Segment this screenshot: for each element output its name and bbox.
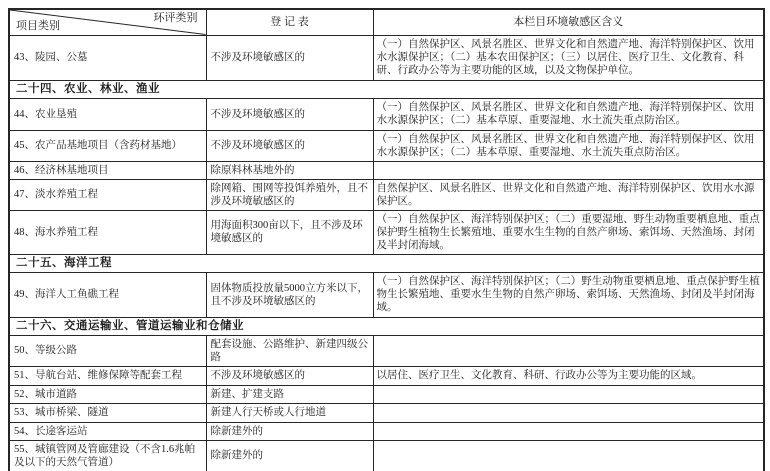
header-sensitive-area-meaning: 本栏目环境敏感区含义 <box>373 9 764 35</box>
cell-item-50: 50、等级公路 <box>9 335 206 366</box>
cell-registration-49: 固体物质投放量5000立方米以下，且不涉及环境敏感区的 <box>206 272 373 317</box>
cell-item-51: 51、导航台站、维修保障等配套工程 <box>9 366 206 385</box>
cell-meaning-48: （一）自然保护区、海洋特别保护区；（二）重要湿地、野生动物重要栖息地、重点保护野… <box>373 210 764 254</box>
cell-item-45: 45、农产品基地项目（含药材基地） <box>9 130 206 161</box>
cell-item-44: 44、农业垦殖 <box>9 98 206 130</box>
cell-meaning-47: 自然保护区、风景名胜区、世界文化和自然遗产地、海洋特别保护区、饮用水水源保护区。 <box>373 179 764 210</box>
cell-item-47: 47、淡水养殖工程 <box>9 179 206 210</box>
table-row-55: 55、城镇管网及管廊建设（不含1.6兆帕及以下的天然气管道） 除新建外的 <box>9 440 764 471</box>
table-row-45: 45、农产品基地项目（含药材基地） 不涉及环境敏感区的 （一）自然保护区、风景名… <box>9 130 764 161</box>
header-eia-category-label: 环评类别 <box>154 12 198 25</box>
cell-item-54: 54、长途客运站 <box>9 422 206 440</box>
section-title-24: 二十四、农业、林业、渔业 <box>9 80 764 98</box>
cell-item-49: 49、海洋人工鱼礁工程 <box>9 272 206 317</box>
cell-registration-55: 除新建外的 <box>206 440 373 471</box>
table-row-47: 47、淡水养殖工程 除网箱、围网等投饵养殖外，且不涉及环境敏感区的 自然保护区、… <box>9 179 764 210</box>
section-title-25: 二十五、海洋工程 <box>9 254 764 272</box>
cell-meaning-50 <box>373 335 764 366</box>
table-header-row: 环评类别 项目类别 登 记 表 本栏目环境敏感区含义 <box>9 9 764 35</box>
header-project-category-label: 项目类别 <box>16 20 60 33</box>
cell-meaning-45: （一）自然保护区、风景名胜区、世界文化和自然遗产地、海洋特别保护区、饮用水水源保… <box>373 130 764 161</box>
cell-registration-52: 新建、扩建支路 <box>206 385 373 403</box>
table-row-44: 44、农业垦殖 不涉及环境敏感区的 （一）自然保护区、风景名胜区、世界文化和自然… <box>9 98 764 130</box>
section-row-26: 二十六、交通运输业、管道运输业和仓储业 <box>9 317 764 335</box>
cell-registration-53: 新建人行天桥或人行地道 <box>206 403 373 422</box>
cell-meaning-51: 以居住、医疗卫生、文化教育、科研、行政办公等为主要功能的区域。 <box>373 366 764 385</box>
table-row-53: 53、城市桥梁、隧道 新建人行天桥或人行地道 <box>9 403 764 422</box>
section-row-24: 二十四、农业、林业、渔业 <box>9 80 764 98</box>
cell-registration-43: 不涉及环境敏感区的 <box>206 35 373 80</box>
header-registration-form: 登 记 表 <box>206 9 373 35</box>
cell-item-48: 48、海水养殖工程 <box>9 210 206 254</box>
cell-item-53: 53、城市桥梁、隧道 <box>9 403 206 422</box>
table-row-48: 48、海水养殖工程 用海面积300亩以下，且不涉及环境敏感区的 （一）自然保护区… <box>9 210 764 254</box>
cell-item-55: 55、城镇管网及管廊建设（不含1.6兆帕及以下的天然气管道） <box>9 440 206 471</box>
classification-table: 环评类别 项目类别 登 记 表 本栏目环境敏感区含义 43、陵园、公墓 不涉及环… <box>8 8 765 471</box>
cell-registration-47: 除网箱、围网等投饵养殖外，且不涉及环境敏感区的 <box>206 179 373 210</box>
cell-meaning-43: （一）自然保护区、风景名胜区、世界文化和自然遗产地、海洋特别保护区、饮用水水源保… <box>373 35 764 80</box>
cell-item-46: 46、经济林基地项目 <box>9 161 206 179</box>
cell-meaning-44: （一）自然保护区、风景名胜区、世界文化和自然遗产地、海洋特别保护区、饮用水水源保… <box>373 98 764 130</box>
cell-meaning-55 <box>373 440 764 471</box>
section-title-26: 二十六、交通运输业、管道运输业和仓储业 <box>9 317 764 335</box>
cell-registration-51: 不涉及环境敏感区的 <box>206 366 373 385</box>
cell-registration-54: 除新建外的 <box>206 422 373 440</box>
table-row-54: 54、长途客运站 除新建外的 <box>9 422 764 440</box>
cell-meaning-52 <box>373 385 764 403</box>
table-row-49: 49、海洋人工鱼礁工程 固体物质投放量5000立方米以下，且不涉及环境敏感区的 … <box>9 272 764 317</box>
table-row-50: 50、等级公路 配套设施、公路维护、新建四级公路 <box>9 335 764 366</box>
table-row-51: 51、导航台站、维修保障等配套工程 不涉及环境敏感区的 以居住、医疗卫生、文化教… <box>9 366 764 385</box>
table-row-52: 52、城市道路 新建、扩建支路 <box>9 385 764 403</box>
header-corner-cell: 环评类别 项目类别 <box>9 9 206 35</box>
cell-registration-45: 不涉及环境敏感区的 <box>206 130 373 161</box>
cell-meaning-53 <box>373 403 764 422</box>
cell-item-43: 43、陵园、公墓 <box>9 35 206 80</box>
cell-meaning-54 <box>373 422 764 440</box>
document-page: 环评类别 项目类别 登 记 表 本栏目环境敏感区含义 43、陵园、公墓 不涉及环… <box>0 0 770 471</box>
cell-meaning-49: （一）自然保护区、海洋特别保护区；（二）野生动物重要栖息地、重点保护野生植物生长… <box>373 272 764 317</box>
cell-registration-46: 除原料林基地外的 <box>206 161 373 179</box>
cell-item-52: 52、城市道路 <box>9 385 206 403</box>
cell-registration-44: 不涉及环境敏感区的 <box>206 98 373 130</box>
table-row-43: 43、陵园、公墓 不涉及环境敏感区的 （一）自然保护区、风景名胜区、世界文化和自… <box>9 35 764 80</box>
cell-registration-50: 配套设施、公路维护、新建四级公路 <box>206 335 373 366</box>
table-row-46: 46、经济林基地项目 除原料林基地外的 <box>9 161 764 179</box>
cell-registration-48: 用海面积300亩以下，且不涉及环境敏感区的 <box>206 210 373 254</box>
section-row-25: 二十五、海洋工程 <box>9 254 764 272</box>
cell-meaning-46 <box>373 161 764 179</box>
